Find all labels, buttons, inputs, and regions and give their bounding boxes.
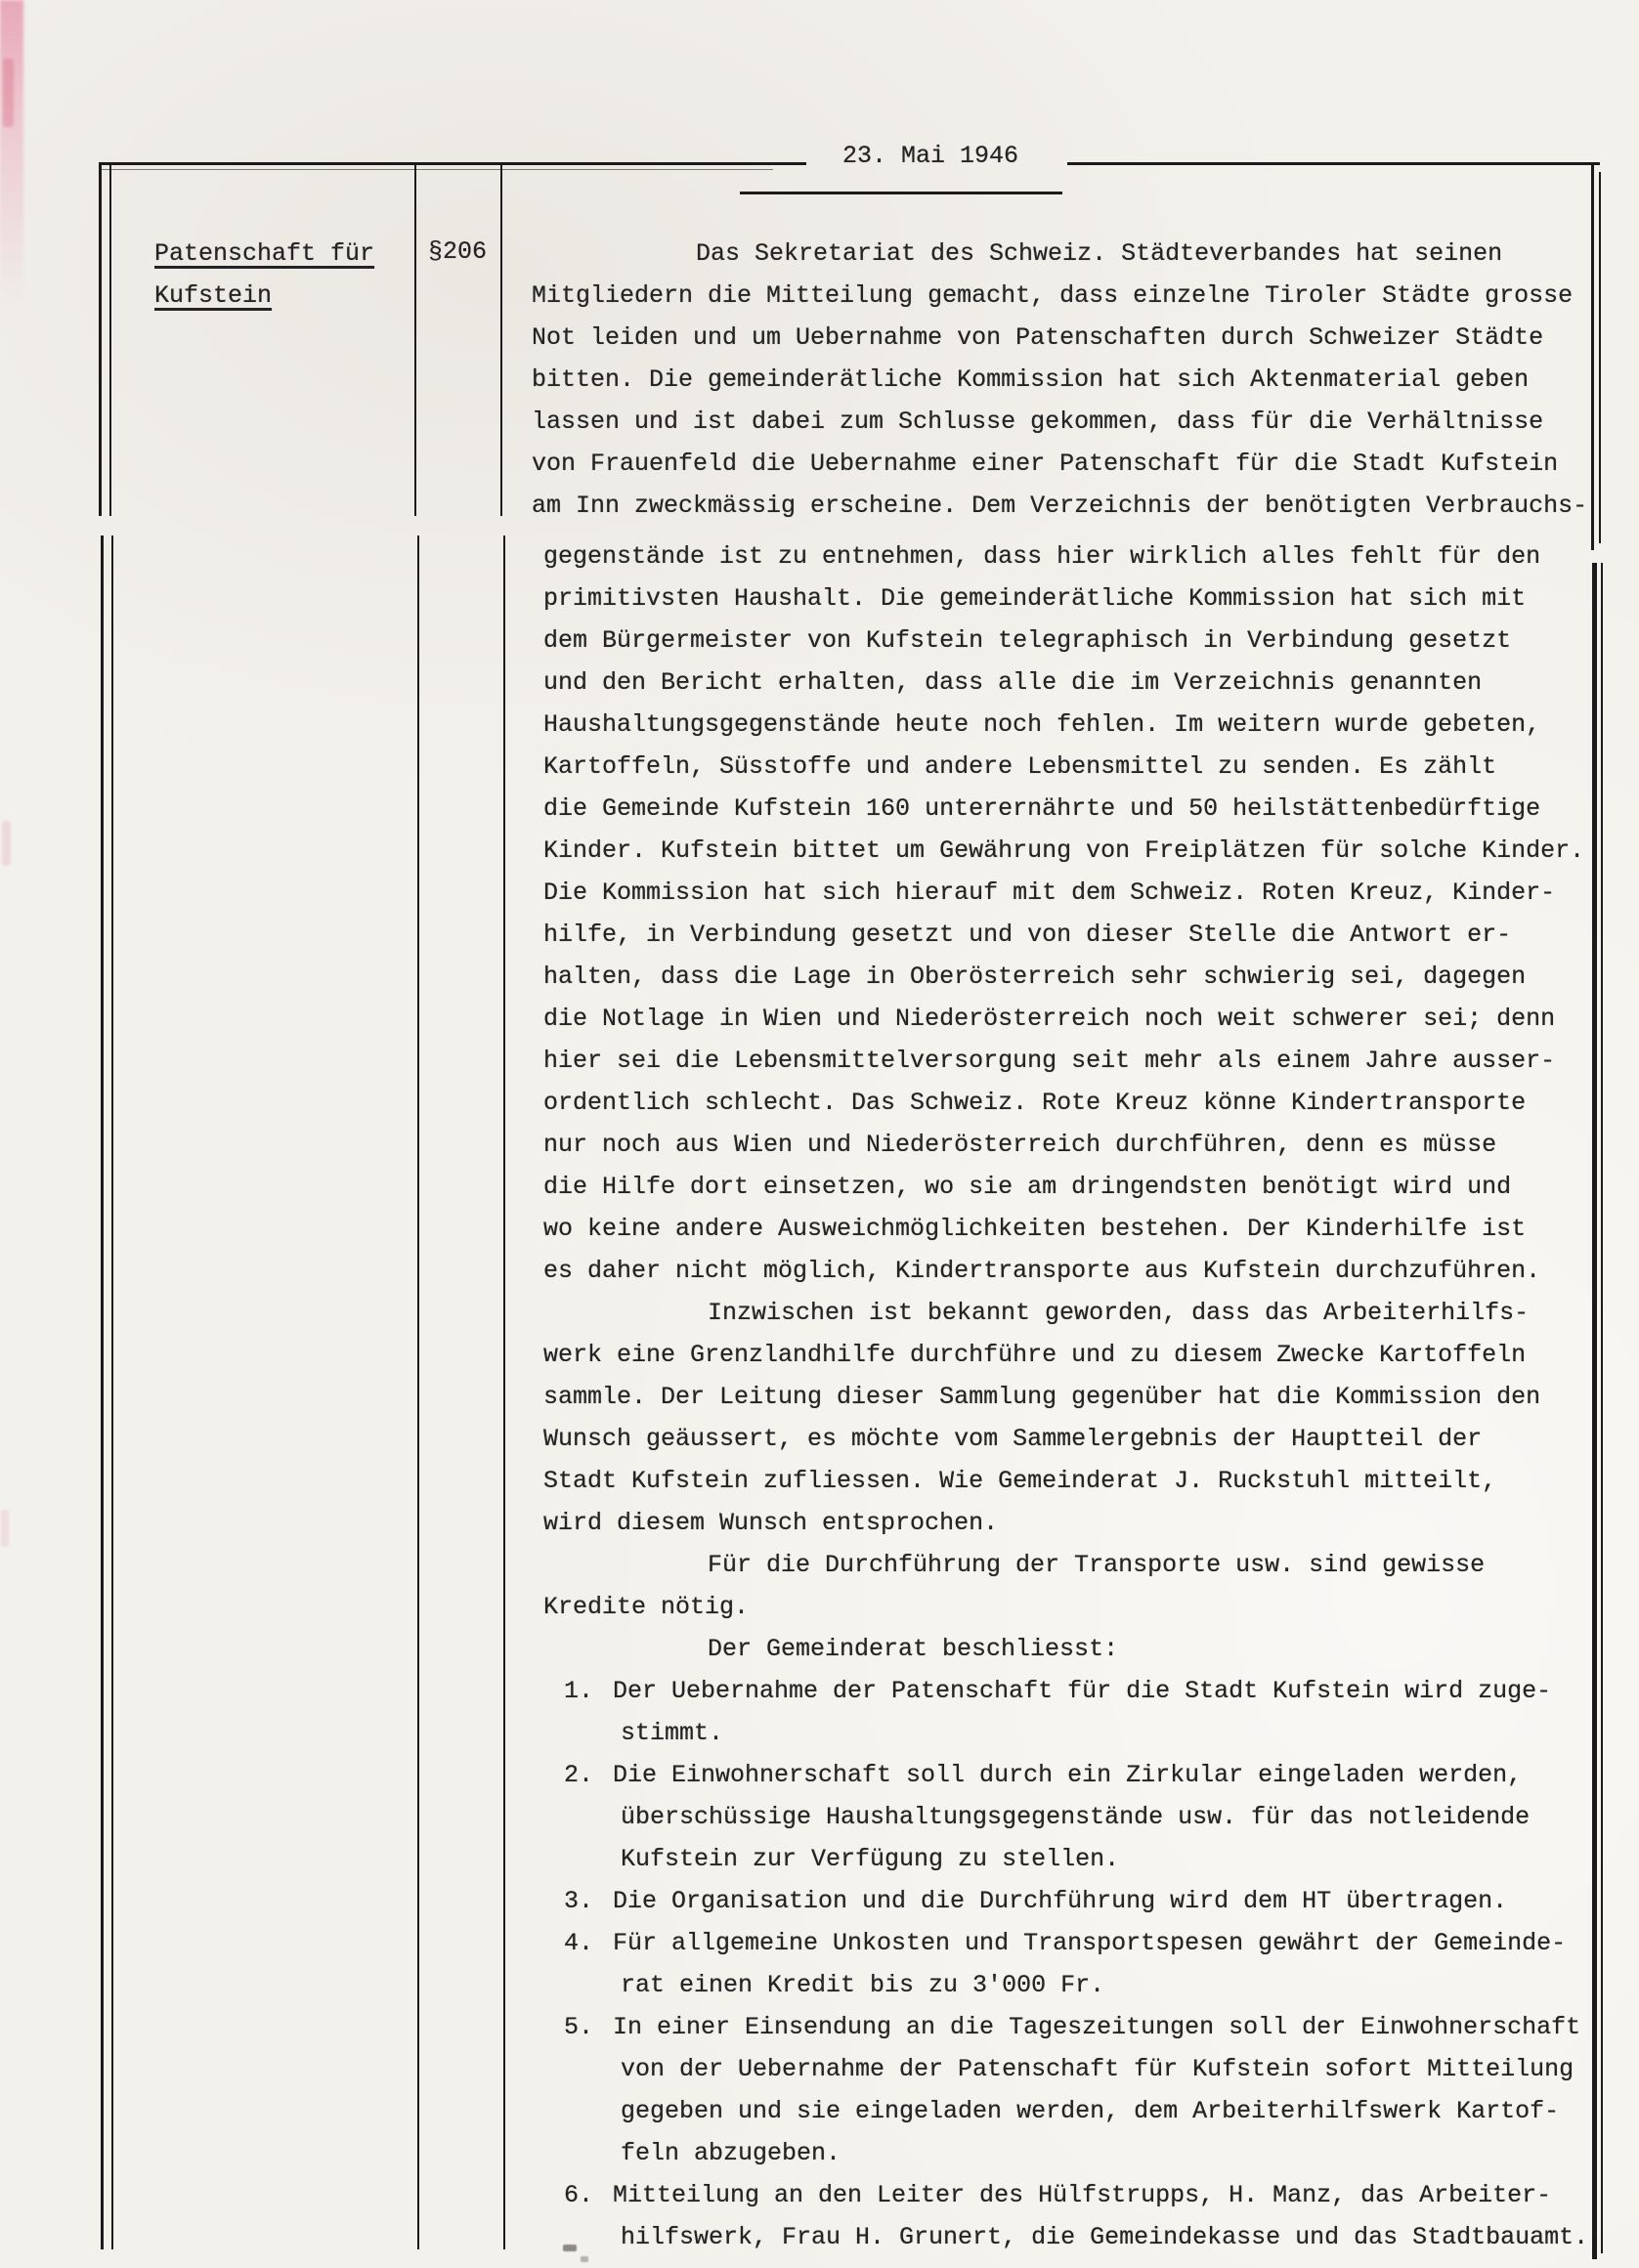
body-line: Mitgliedern die Mitteilung gemacht, dass… bbox=[532, 282, 1573, 311]
body-line: bitten. Die gemeinderätliche Kommission … bbox=[532, 366, 1529, 395]
body-line: und den Bericht erhalten, dass alle die … bbox=[543, 669, 1482, 698]
body-line: hier sei die Lebensmittelversorgung seit… bbox=[543, 1048, 1555, 1076]
table-border-left-outer-upper bbox=[99, 162, 102, 516]
list-item-text: Für allgemeine Unkosten und Transportspe… bbox=[613, 1930, 1566, 1958]
body-line: Für die Durchführung der Transporte usw.… bbox=[708, 1552, 1485, 1580]
scan-artifact-pink-streak bbox=[0, 0, 23, 305]
document-page: 23. Mai 1946 Patenschaft für Kufstein §2… bbox=[0, 0, 1639, 2268]
body-line: von Frauenfeld die Uebernahme einer Pate… bbox=[532, 450, 1558, 479]
body-line: wird diesem Wunsch entsprochen. bbox=[543, 1510, 998, 1538]
list-item-text: Mitteilung an den Leiter des Hülfstrupps… bbox=[613, 2182, 1551, 2210]
table-border-left-outer-lower bbox=[101, 535, 104, 2249]
date-heading: 23. Mai 1946 bbox=[842, 143, 1018, 171]
body-line: 5.In einer Einsendung an die Tageszeitun… bbox=[564, 2014, 593, 2042]
body-line: die Gemeinde Kufstein 160 unterernährte … bbox=[543, 795, 1540, 824]
body-line: primitivsten Haushalt. Die gemeinderätli… bbox=[543, 585, 1526, 614]
list-item-text: Der Uebernahme der Patenschaft für die S… bbox=[613, 1678, 1551, 1706]
header-rule-right bbox=[1067, 162, 1600, 165]
margin-label-line-1: Patenschaft für bbox=[154, 240, 374, 269]
date-underline bbox=[740, 192, 1062, 194]
body-line: es daher nicht möglich, Kindertransporte… bbox=[543, 1258, 1540, 1286]
table-border-right-outer-upper bbox=[1591, 162, 1594, 550]
body-line: halten, dass die Lage in Oberösterreich … bbox=[543, 963, 1526, 992]
section-reference: §206 bbox=[428, 238, 487, 267]
table-border-right-outer-lower bbox=[1592, 563, 1597, 2259]
scan-artifact-pink-mark bbox=[2, 821, 11, 866]
body-line: 3.Die Organisation und die Durchführung … bbox=[564, 1888, 593, 1916]
table-border-right-inner-upper bbox=[1599, 172, 1601, 543]
body-line: Kufstein zur Verfügung zu stellen. bbox=[621, 1846, 1119, 1874]
body-line: gegenstände ist zu entnehmen, dass hier … bbox=[543, 543, 1540, 572]
list-number: 5. bbox=[564, 2013, 593, 2041]
body-line: werk eine Grenzlandhilfe durchführe und … bbox=[543, 1342, 1526, 1370]
body-line: 4.Für allgemeine Unkosten und Transports… bbox=[564, 1930, 593, 1958]
body-line: überschüssige Haushaltungsgegenstände us… bbox=[621, 1804, 1530, 1832]
list-item-text: In einer Einsendung an die Tageszeitunge… bbox=[613, 2014, 1580, 2042]
body-line: Haushaltungsgegenstände heute noch fehle… bbox=[543, 711, 1540, 740]
body-line: 1.Der Uebernahme der Patenschaft für die… bbox=[564, 1678, 593, 1706]
body-line: rat einen Kredit bis zu 3'000 Fr. bbox=[621, 1972, 1104, 2000]
column-separator-section-upper bbox=[500, 162, 502, 516]
body-line: Kredite nötig. bbox=[543, 1594, 749, 1622]
body-line: hilfe, in Verbindung gesetzt und von die… bbox=[543, 921, 1511, 950]
margin-label-line-2: Kufstein bbox=[154, 282, 272, 311]
body-line: stimmt. bbox=[621, 1720, 723, 1748]
scan-artifact-pink-mark bbox=[1, 1510, 9, 1547]
body-line: wo keine andere Ausweichmöglichkeiten be… bbox=[543, 1216, 1526, 1244]
body-line: die Notlage in Wien und Niederösterreich… bbox=[543, 1006, 1555, 1034]
list-number: 2. bbox=[564, 1761, 593, 1789]
body-line: Kartoffeln, Süsstoffe und andere Lebensm… bbox=[543, 753, 1496, 782]
list-number: 4. bbox=[564, 1929, 593, 1957]
body-line: sammle. Der Leitung dieser Sammlung gege… bbox=[543, 1384, 1540, 1412]
body-line: gegeben und sie eingeladen werden, dem A… bbox=[621, 2098, 1559, 2126]
scan-artifact-pink-mark bbox=[3, 59, 14, 127]
scan-artifact-speck bbox=[581, 2256, 588, 2262]
body-line: Die Kommission hat sich hierauf mit dem … bbox=[543, 879, 1555, 908]
header-rule-left bbox=[99, 162, 806, 165]
body-line: 2.Die Einwohnerschaft soll durch ein Zir… bbox=[564, 1762, 593, 1790]
list-number: 1. bbox=[564, 1677, 593, 1705]
body-line: Inzwischen ist bekannt geworden, dass da… bbox=[708, 1300, 1529, 1328]
body-line: am Inn zweckmässig erscheine. Dem Verzei… bbox=[532, 492, 1587, 521]
body-line: ordentlich schlecht. Das Schweiz. Rote K… bbox=[543, 1090, 1526, 1118]
body-line: Kinder. Kufstein bittet um Gewährung von… bbox=[543, 837, 1584, 866]
body-line: 6.Mitteilung an den Leiter des Hülfstrup… bbox=[564, 2182, 593, 2210]
body-line: Das Sekretariat des Schweiz. Städteverba… bbox=[696, 240, 1502, 269]
body-line: nur noch aus Wien und Niederösterreich d… bbox=[543, 1132, 1496, 1160]
body-line: dem Bürgermeister von Kufstein telegraph… bbox=[543, 627, 1511, 656]
body-line: Der Gemeinderat beschliesst: bbox=[708, 1636, 1118, 1664]
table-border-right-inner-lower bbox=[1601, 563, 1603, 2253]
body-line: feln abzugeben. bbox=[621, 2140, 841, 2168]
scan-artifact-speck bbox=[563, 2245, 577, 2251]
body-line: Wunsch geäussert, es möchte vom Sammeler… bbox=[543, 1426, 1482, 1454]
body-line: Not leiden und um Uebernahme von Patensc… bbox=[532, 324, 1543, 353]
body-line: lassen und ist dabei zum Schlusse gekomm… bbox=[532, 408, 1543, 437]
header-rule-left-echo bbox=[99, 169, 773, 170]
table-border-left-inner-upper bbox=[109, 162, 111, 516]
list-number: 6. bbox=[564, 2181, 593, 2209]
list-item-text: Die Einwohnerschaft soll durch ein Zirku… bbox=[613, 1762, 1522, 1790]
body-line: hilfswerk, Frau H. Grunert, die Gemeinde… bbox=[621, 2224, 1588, 2252]
body-line: die Hilfe dort einsetzen, wo sie am drin… bbox=[543, 1174, 1511, 1202]
column-separator-section-lower bbox=[503, 535, 505, 2249]
table-border-left-inner-lower bbox=[111, 535, 113, 2249]
list-number: 3. bbox=[564, 1887, 593, 1915]
column-separator-label-lower bbox=[417, 535, 419, 2249]
body-line: Stadt Kufstein zufliessen. Wie Gemeinder… bbox=[543, 1468, 1496, 1496]
column-separator-label-upper bbox=[414, 162, 416, 516]
list-item-text: Die Organisation und die Durchführung wi… bbox=[613, 1888, 1507, 1916]
body-line: von der Uebernahme der Patenschaft für K… bbox=[621, 2056, 1574, 2084]
